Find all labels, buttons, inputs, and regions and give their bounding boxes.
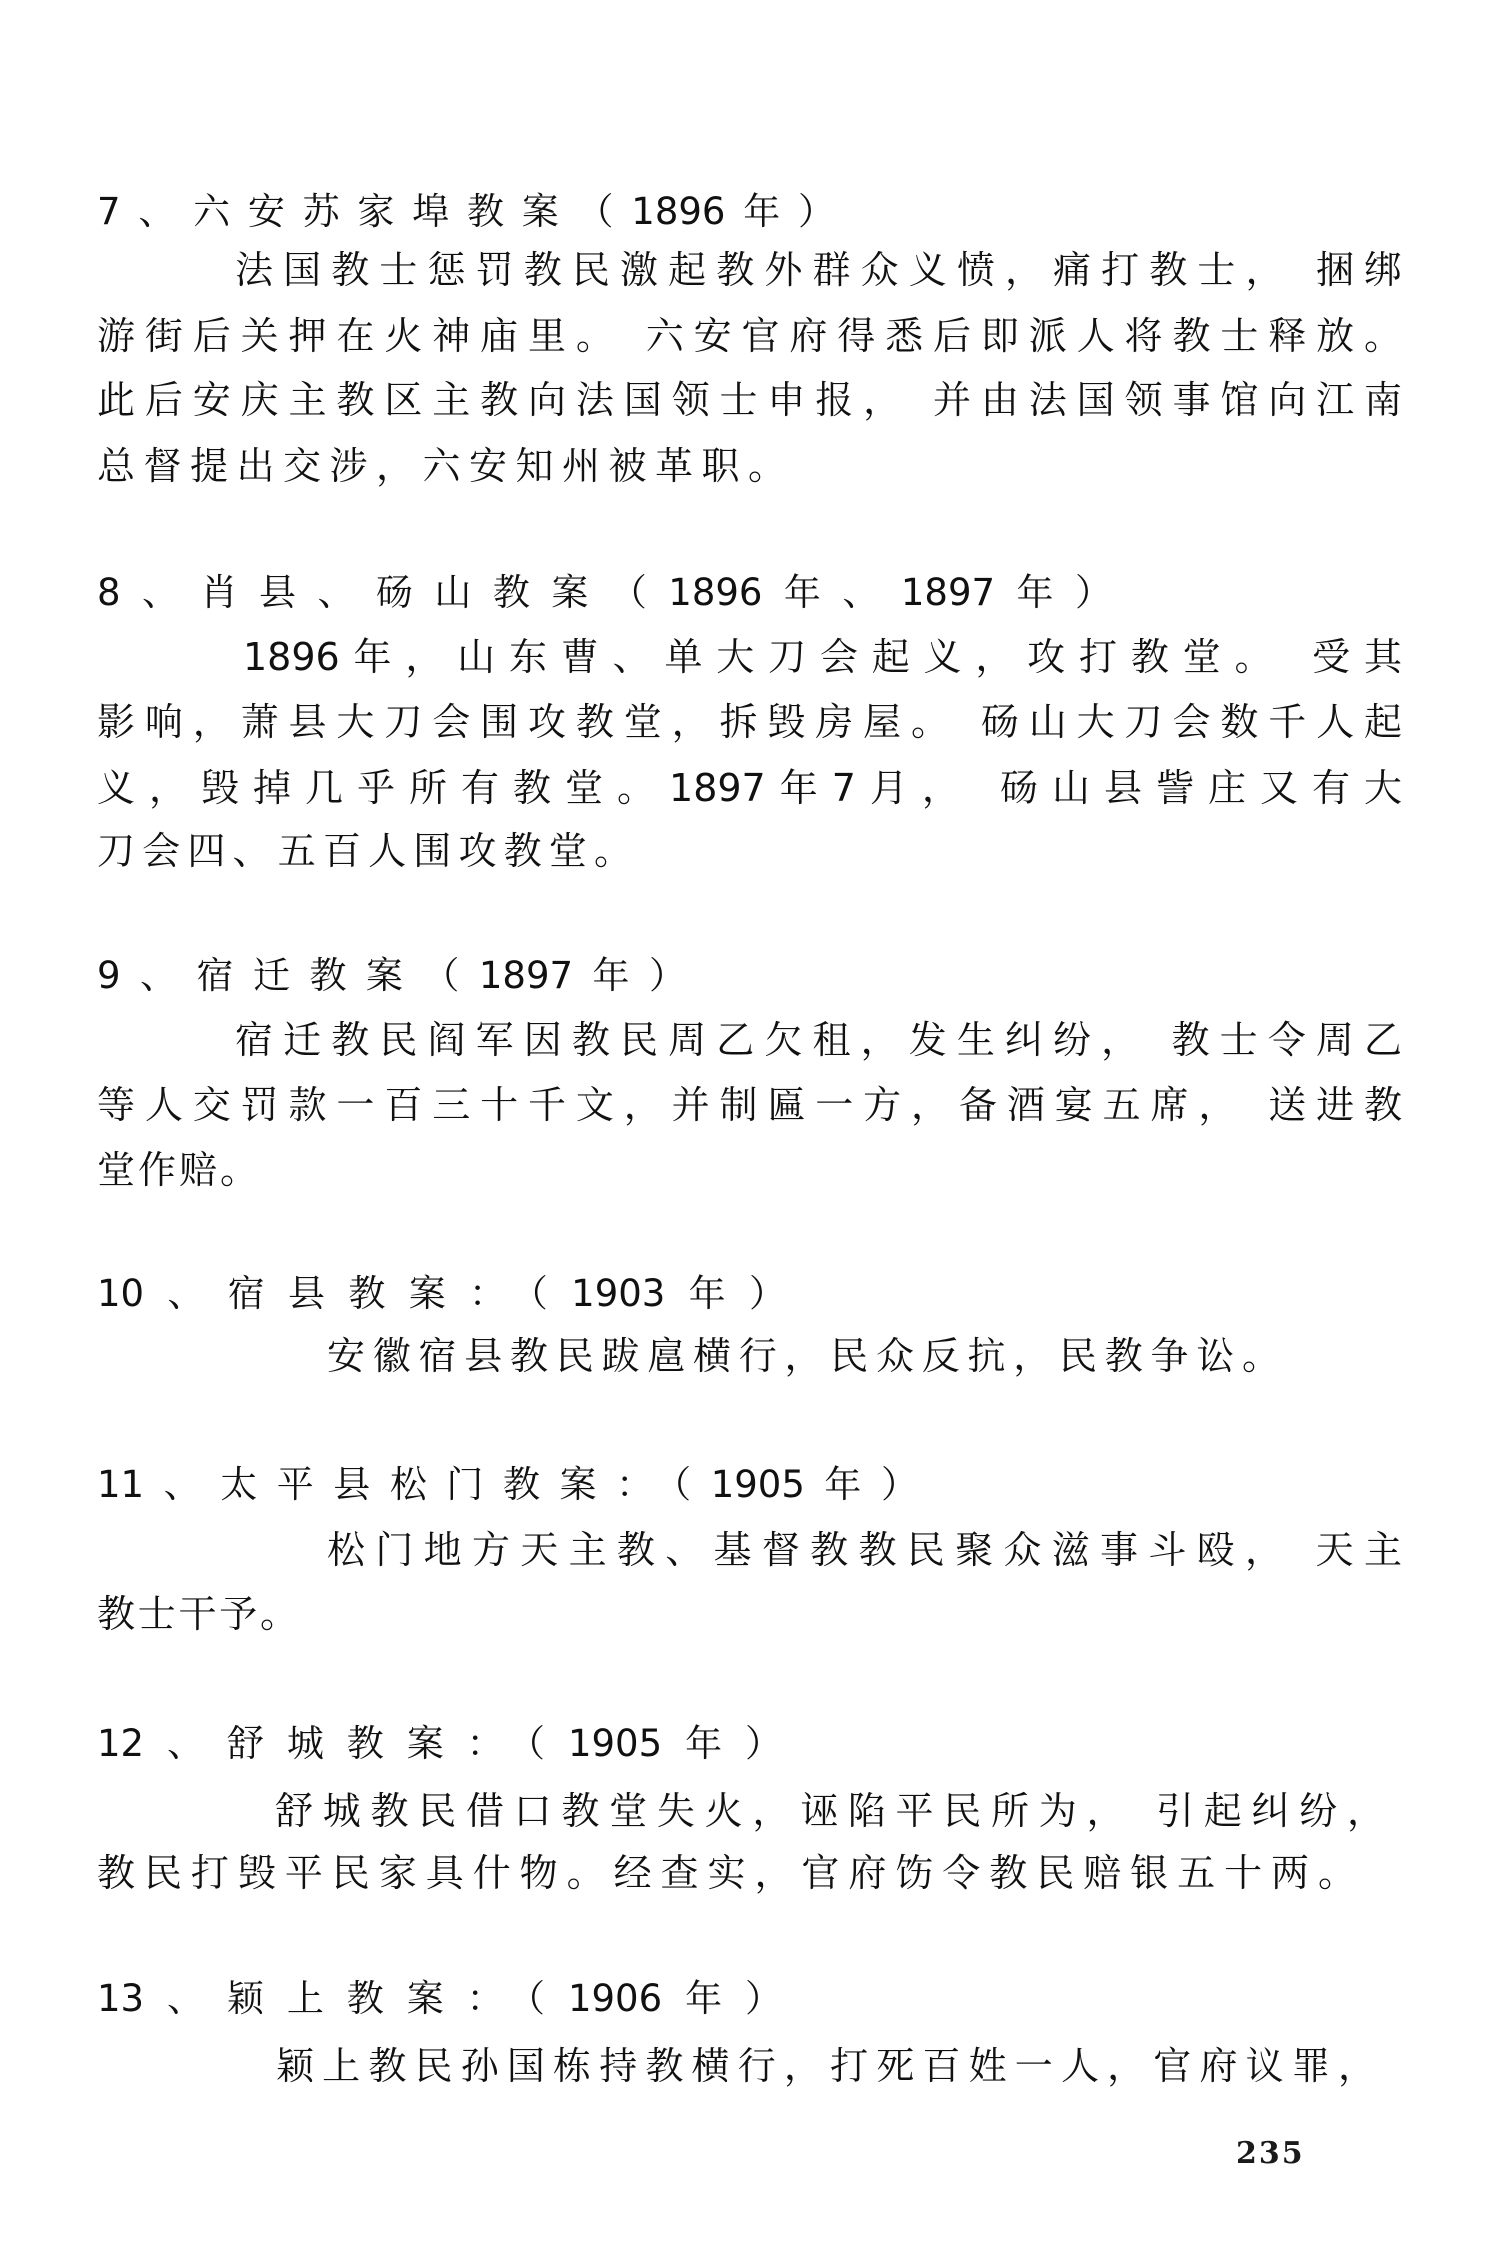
section-heading-13: 13、颖上教案：（1906年） xyxy=(97,1975,782,2023)
paragraph-line: 舒城教民借口教堂失火，诬陷平民所为， 引起纠纷， xyxy=(275,1787,1385,1835)
paragraph-line: 总督提出交涉，六安知州被革职。 xyxy=(97,442,786,490)
paragraph-line: 堂作赔。 xyxy=(97,1146,258,1194)
paragraph-line: 法国教士惩罚教民激起教外群众义愤，痛打教士， 捆绑 xyxy=(235,246,1402,294)
paragraph-line: 教民打毁平民家具什物。经查实，官府饬令教民赔银五十两。 xyxy=(97,1849,1356,1897)
section-heading-8: 8、肖县、砀山教案（1896年、1897年） xyxy=(97,569,1112,617)
paragraph-line: 游街后关押在火神庙里。 六安官府得悉后即派人将教士释放。 xyxy=(97,312,1402,360)
paragraph-line: 宿迁教民阎军因教民周乙欠租，发生纠纷， 教士令周乙 xyxy=(235,1016,1402,1064)
paragraph-line: 等人交罚款一百三十千文，并制匾一方，备酒宴五席， 送进教 xyxy=(97,1081,1402,1129)
paragraph-line: 安徽宿县教民跋扈横行，民众反抗，民教争讼。 xyxy=(327,1332,1280,1380)
section-heading-10: 10、宿县教案：（1903年） xyxy=(97,1270,786,1318)
section-heading-9: 9、宿迁教案（1897年） xyxy=(97,952,686,1000)
paragraph-line: 此后安庆主教区主教向法国领士申报， 并由法国领事馆向江南 xyxy=(97,376,1402,424)
paragraph-line: 影响，萧县大刀会围攻教堂，拆毁房屋。 砀山大刀会数千人起 xyxy=(97,698,1402,746)
section-heading-12: 12、舒城教案：（1905年） xyxy=(97,1720,782,1768)
paragraph-line: 松门地方天主教、基督教教民聚众滋事斗殴， 天主 xyxy=(327,1526,1402,1574)
paragraph-line: 义，毁掉几乎所有教堂。1897年7月， 砀山县訾庄又有大 xyxy=(97,764,1402,812)
paragraph-line: 刀会四、五百人围攻教堂。 xyxy=(97,827,632,875)
page-number: 235 xyxy=(1236,2134,1296,2174)
paragraph-line: 颖上教民孙国栋持教横行，打死百姓一人，官府议罪， xyxy=(276,2042,1376,2090)
section-heading-7: 7、六安苏家埠教案（1896年） xyxy=(97,188,835,236)
paragraph-line: 1896年，山东曹、单大刀会起义，攻打教堂。 受其 xyxy=(243,633,1402,681)
section-heading-11: 11、太平县松门教案：（1905年） xyxy=(97,1461,918,1509)
document-page: 7、六安苏家埠教案（1896年） 法国教士惩罚教民激起教外群众义愤，痛打教士， … xyxy=(0,0,1500,2243)
paragraph-line: 教士干予。 xyxy=(97,1590,298,1638)
